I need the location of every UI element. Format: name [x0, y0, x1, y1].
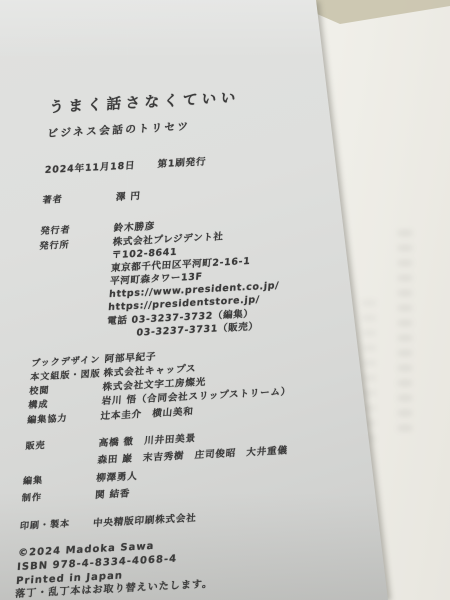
- colophon-text-block: うまく話さなくていい ビジネス会話のトリセツ 2024年11月18日 第1刷発行…: [15, 80, 362, 600]
- author-label: 著者: [42, 189, 116, 206]
- author-row: 著者 澤 円: [42, 177, 354, 207]
- production-label: 制作: [21, 487, 95, 508]
- printing-number: 第1刷発行: [157, 157, 207, 171]
- credit-label: 編集協力: [27, 410, 101, 428]
- sales-label: 販売: [25, 435, 99, 456]
- staff-section: 販売 高橋 徹 川井田美景 森田 巌 末吉秀樹 庄司俊昭 大井重儀 編集 柳澤勇…: [21, 423, 337, 509]
- phone-label: 電話: [107, 315, 128, 327]
- credits-section: ブックデザイン 阿部早紀子 本文組版・図版 株式会社キャップス 校閲 株式会社文…: [27, 341, 343, 428]
- edition-line: 2024年11月18日 第1刷発行: [44, 146, 356, 176]
- colophon-page-wrap: うまく話さなくていい ビジネス会話のトリセツ 2024年11月18日 第1刷発行…: [0, 0, 450, 600]
- publication-date: 2024年11月18日: [44, 160, 135, 176]
- footer-block: ©2024 Madoka Sawa ISBN 978-4-8334-4068-4…: [15, 531, 330, 600]
- book-photo-scene: うまく話さなくていい ビジネス会話のトリセツ 2024年11月18日 第1刷発行…: [0, 0, 450, 600]
- publishing-house-details: 株式会社プレジデント社 〒102-8641 東京都千代田区平河町2-16-1 平…: [106, 224, 351, 341]
- publishing-house-label: 発行所: [39, 236, 113, 255]
- printing-company: 中央精版印刷株式会社: [92, 503, 331, 532]
- author-name: 澤 円: [116, 177, 355, 203]
- printing-row: 印刷・製本 中央精版印刷株式会社: [19, 503, 331, 536]
- colophon-page: うまく話さなくていい ビジネス会話のトリセツ 2024年11月18日 第1刷発行…: [0, 0, 450, 600]
- publishing-house-row: 発行所 株式会社プレジデント社 〒102-8641 東京都千代田区平河町2-16…: [33, 224, 351, 345]
- printing-label: 印刷・製本: [19, 516, 93, 537]
